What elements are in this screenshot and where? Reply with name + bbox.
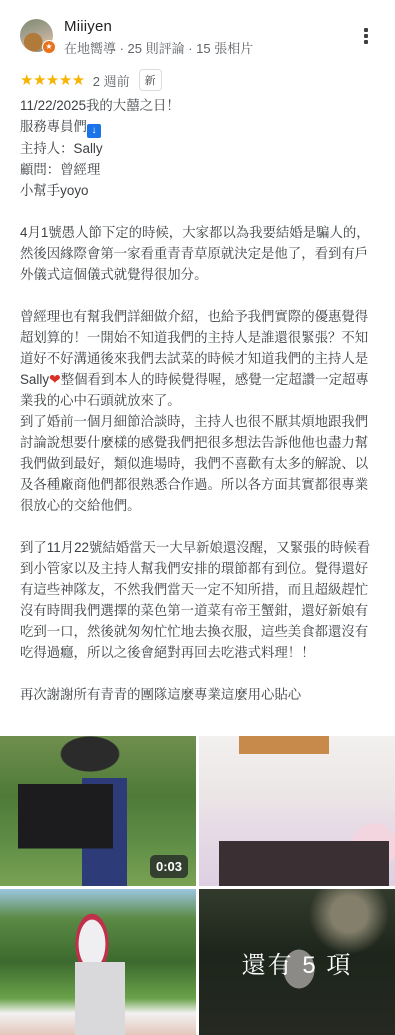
more-vertical-icon-dot <box>364 40 368 44</box>
more-photos-button[interactable]: 還有 5 項 <box>199 889 395 1035</box>
review-line: 11/22/2025我的大囍之日！ <box>20 95 380 116</box>
review-paragraph: 曾經理也有幫我們詳細做介紹，也給予我們實際的優惠覺得超划算的！一開始不知道我們的… <box>20 306 380 411</box>
reviewer-name[interactable]: Miiiyen <box>64 18 112 35</box>
more-vertical-icon <box>364 28 368 32</box>
local-guide-star-badge-icon: ★ <box>42 40 56 54</box>
more-vertical-icon-dot <box>364 34 368 38</box>
reviewer-meta: 在地嚮導 · 25 則評論 · 15 張相片 <box>64 38 253 57</box>
review-photo-thumbnail[interactable] <box>0 889 196 1035</box>
review-paragraph: 4月1號愚人節下定的時候，大家都以為我要結婚是騙人的，然後因緣際會第一家看重青青… <box>20 222 380 285</box>
review-photo-grid: 0:03 還有 5 項 <box>0 736 395 1035</box>
review-video-thumbnail[interactable]: 0:03 <box>0 736 196 886</box>
star-rating-icon: ★★★★★ <box>20 71 85 89</box>
review-paragraph: 到了11月22號結婚當天一大早新娘還沒醒，又緊張的時候看到小管家以及主持人幫我們… <box>20 537 380 663</box>
more-photos-label: 還有 5 項 <box>199 945 395 980</box>
review-line: 顧問：曾經理 <box>20 159 380 180</box>
review-line: 主持人：Sally <box>20 138 380 159</box>
new-badge: 新 <box>139 69 162 91</box>
review-paragraph: 再次謝謝所有青青的團隊這麼專業這麼用心貼心 <box>20 684 380 705</box>
review-line-text: 服務專員們 <box>20 119 87 134</box>
rating-row: ★★★★★ 2 週前 新 <box>20 69 162 91</box>
down-arrow-emoji-icon: ↓ <box>87 124 101 138</box>
more-options-button[interactable] <box>361 28 371 48</box>
review-line: 小幫手yoyo <box>20 180 380 201</box>
review-paragraph-text: 整個看到本人的時候覺得喔，感覺一定超讚一定超專業我的心中石頭就放來了。 <box>20 372 369 408</box>
review-header: ★ Miiiyen 在地嚮導 · 25 則評論 · 15 張相片 <box>20 18 379 58</box>
video-duration: 0:03 <box>150 855 188 878</box>
review-paragraph: 到了婚前一個月細節洽談時，主持人也很不厭其煩地跟我們討論說想要什麼樣的感覺我們把… <box>20 411 380 516</box>
review-photo-thumbnail[interactable] <box>199 736 395 886</box>
heart-emoji-icon: ❤ <box>49 371 61 387</box>
review-line: 服務專員們↓ <box>20 116 380 138</box>
review-text: 11/22/2025我的大囍之日！ 服務專員們↓ 主持人：Sally 顧問：曾經… <box>20 95 380 705</box>
reviewer-avatar[interactable]: ★ <box>20 19 53 52</box>
review-time: 2 週前 <box>93 71 130 90</box>
